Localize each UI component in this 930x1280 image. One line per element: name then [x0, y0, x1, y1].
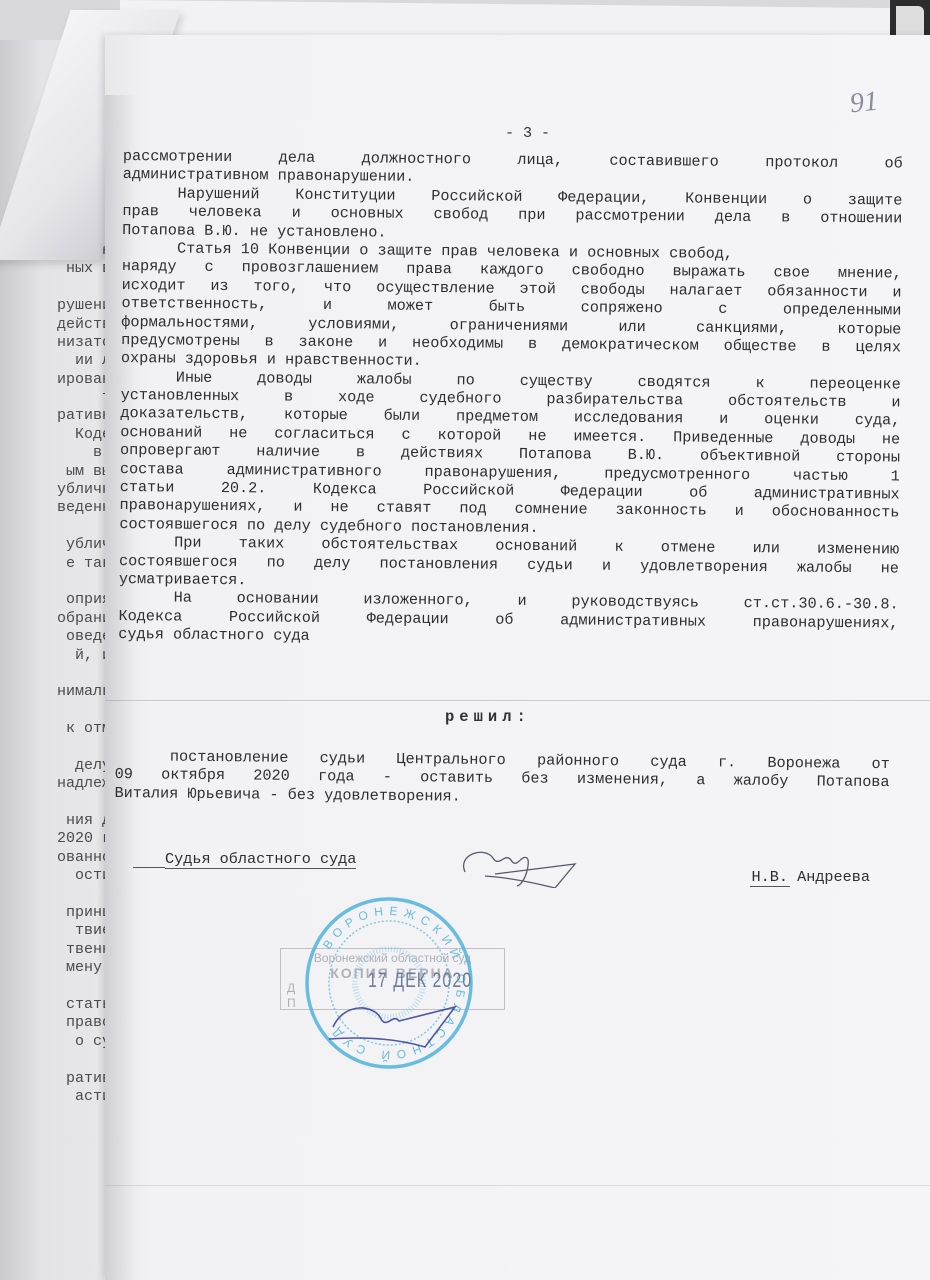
decision-text: постановлениесудьиЦентральногорайонногос…: [114, 747, 890, 810]
fold-line: [105, 1185, 930, 1186]
resolved-heading: решил:: [445, 708, 531, 726]
signature-scribble-icon: [455, 844, 605, 888]
document-page: 91 - 3 - рассмотренииделадолжностноголиц…: [105, 35, 930, 1280]
fold-line: [105, 700, 930, 701]
folio-number: 91: [848, 86, 879, 121]
page-number: - 3 -: [505, 125, 550, 142]
judge-name: Н.В. Андреева: [752, 868, 870, 886]
document-body: рассмотренииделадолжностноголица,состави…: [118, 147, 903, 651]
signature-block: Судья областного суда Н.В. Андреева: [165, 850, 870, 890]
stamp-date: 17 ДЕК 2020: [368, 970, 472, 993]
signature-title: Судья областного суда: [165, 850, 356, 869]
